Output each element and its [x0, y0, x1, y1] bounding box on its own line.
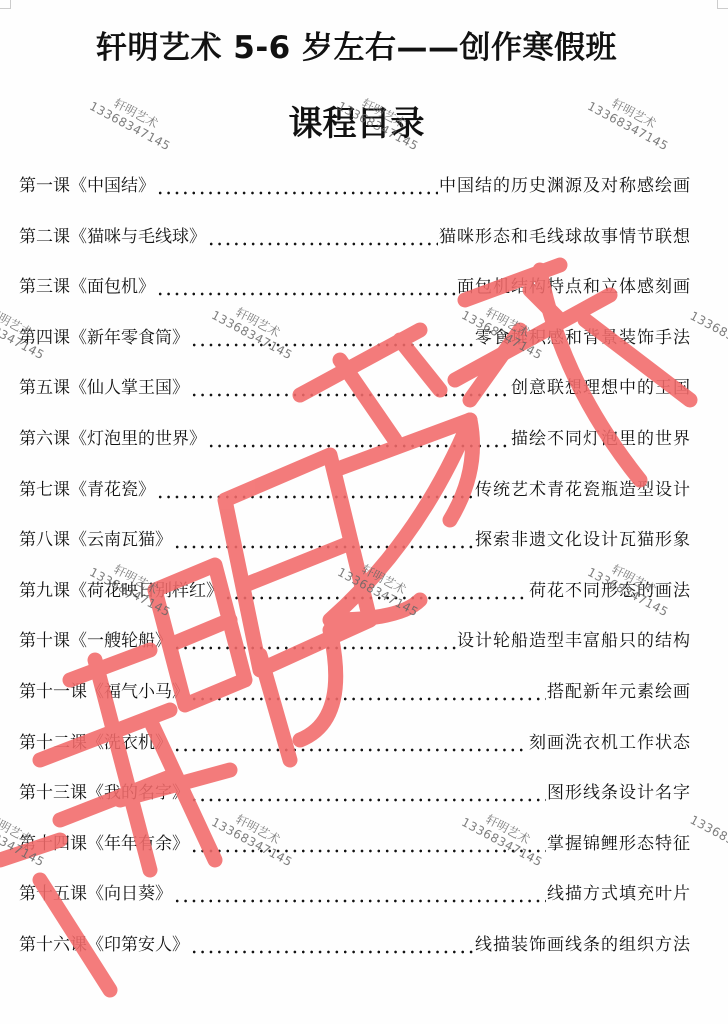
lesson-description: 掌握锦鲤形态特征: [547, 832, 691, 856]
dot-leader: [173, 882, 546, 906]
lesson-description: 猫咪形态和毛线球故事情节联想: [439, 225, 691, 249]
toc-row: 第十二课《洗衣机》刻画洗衣机工作状态: [19, 731, 691, 782]
toc-row: 第十三课《我的名字》图形线条设计名字: [19, 781, 691, 832]
toc-row: 第十五课《向日葵》线描方式填充叶片: [19, 882, 691, 933]
dot-leader: [190, 933, 474, 957]
toc-row: 第十课《一艘轮船》设计轮船造型丰富船只的结构: [19, 629, 691, 680]
lesson-title: 第十五课《向日葵》: [19, 882, 172, 906]
dot-leader: [173, 731, 528, 755]
dot-leader: [190, 781, 546, 805]
lesson-description: 探索非遗文化设计瓦猫形象: [475, 528, 691, 552]
lesson-description: 设计轮船造型丰富船只的结构: [457, 629, 691, 653]
lesson-description: 传统艺术青花瓷瓶造型设计: [475, 478, 691, 502]
lesson-title: 第十六课《印第安人》: [19, 933, 189, 957]
document-title: 轩明艺术 5-6 岁左右——创作寒假班: [0, 22, 713, 67]
toc-row: 第七课《青花瓷》传统艺术青花瓷瓶造型设计: [19, 478, 691, 529]
lesson-title: 第二课《猫咪与毛线球》: [19, 225, 206, 249]
lesson-title: 第十课《一艘轮船》: [19, 629, 172, 653]
toc-row: 第二课《猫咪与毛线球》猫咪形态和毛线球故事情节联想: [19, 225, 691, 276]
toc-row: 第六课《灯泡里的世界》描绘不同灯泡里的世界: [19, 427, 691, 478]
dot-leader: [156, 174, 438, 198]
lesson-description: 描绘不同灯泡里的世界: [511, 427, 691, 451]
lesson-title: 第七课《青花瓷》: [19, 478, 155, 502]
lesson-description: 中国结的历史渊源及对称感绘画: [439, 174, 691, 198]
lesson-title: 第十一课《福气小马》: [19, 680, 189, 704]
toc-row: 第十一课《福气小马》搭配新年元素绘画: [19, 680, 691, 731]
dot-leader: [207, 427, 510, 451]
dot-leader: [173, 528, 474, 552]
lesson-description: 创意联想理想中的王国: [511, 376, 691, 400]
lesson-description: 刻画洗衣机工作状态: [529, 731, 691, 755]
page-corner-mark: [717, 0, 728, 9]
toc-row: 第三课《面包机》面包机结构特点和立体感刻画: [19, 275, 691, 326]
phone-watermark: 13368347145: [705, 318, 728, 363]
toc-row: 第十六课《印第安人》线描装饰画线条的组织方法: [19, 933, 691, 984]
lesson-title: 第三课《面包机》: [19, 275, 155, 299]
phone-watermark: 13368347145: [705, 822, 728, 867]
lesson-description: 线描装饰画线条的组织方法: [475, 933, 691, 957]
lesson-description: 线描方式填充叶片: [547, 882, 691, 906]
toc-row: 第一课《中国结》中国结的历史渊源及对称感绘画: [19, 174, 691, 225]
dot-leader: [156, 478, 474, 502]
dot-leader: [173, 629, 456, 653]
lesson-title: 第十三课《我的名字》: [19, 781, 189, 805]
toc-row: 第十四课《年年有余》掌握锦鲤形态特征: [19, 832, 691, 883]
toc-row: 第五课《仙人掌王国》创意联想理想中的王国: [19, 376, 691, 427]
dot-leader: [190, 376, 510, 400]
lesson-title: 第六课《灯泡里的世界》: [19, 427, 206, 451]
lesson-description: 图形线条设计名字: [547, 781, 691, 805]
dot-leader: [156, 275, 456, 299]
lesson-description: 面包机结构特点和立体感刻画: [457, 275, 691, 299]
lesson-description: 搭配新年元素绘画: [547, 680, 691, 704]
toc-row: 第四课《新年零食筒》零食堆积感和背景装饰手法: [19, 326, 691, 377]
page-corner-mark: [0, 0, 11, 9]
dot-leader: [190, 680, 546, 704]
lesson-title: 第十二课《洗衣机》: [19, 731, 172, 755]
dot-leader: [207, 225, 438, 249]
lesson-title: 第八课《云南瓦猫》: [19, 528, 172, 552]
lesson-title: 第五课《仙人掌王国》: [19, 376, 189, 400]
lesson-title: 第一课《中国结》: [19, 174, 155, 198]
